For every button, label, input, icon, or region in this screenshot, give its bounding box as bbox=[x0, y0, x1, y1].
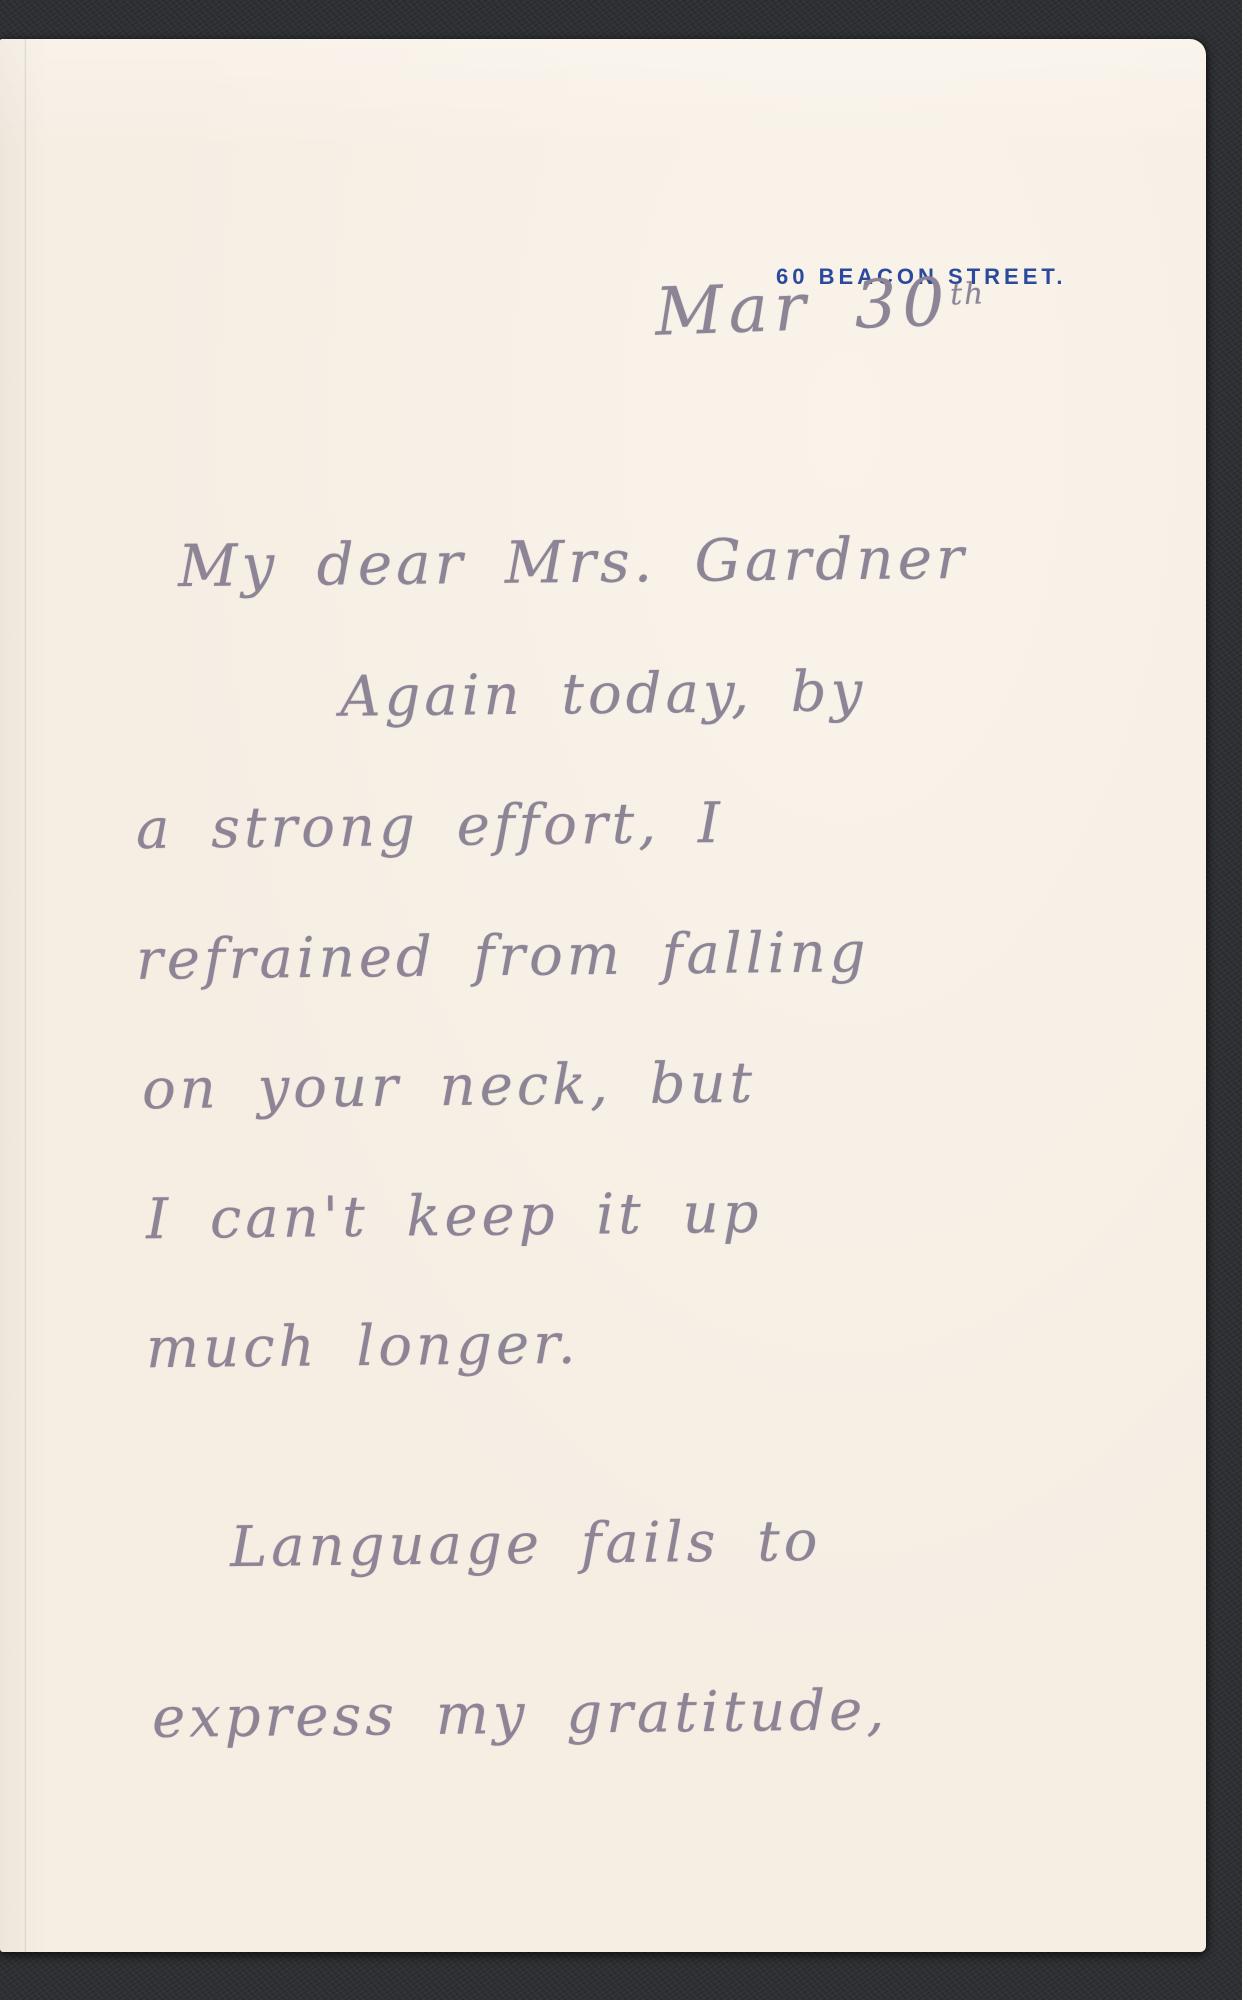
salutation-line: My dear Mrs. Gardner bbox=[178, 524, 968, 600]
body-line: express my gratitude, bbox=[152, 1678, 889, 1751]
body-line: on your neck, but bbox=[142, 1051, 757, 1122]
body-line: much longer. bbox=[146, 1312, 580, 1382]
body-line: a strong effort, I bbox=[136, 791, 725, 862]
date-main: Mar 30 bbox=[654, 263, 952, 350]
handwritten-date: Mar 30th bbox=[654, 262, 987, 350]
body-line: Language fails to bbox=[230, 1509, 822, 1580]
body-line: refrained from falling bbox=[136, 920, 870, 993]
letter-page bbox=[0, 39, 1206, 1952]
body-line: Again today, by bbox=[340, 659, 867, 730]
body-line: I can't keep it up bbox=[146, 1181, 763, 1252]
fold-crease bbox=[24, 39, 28, 1952]
date-ordinal-suffix: th bbox=[950, 276, 986, 312]
